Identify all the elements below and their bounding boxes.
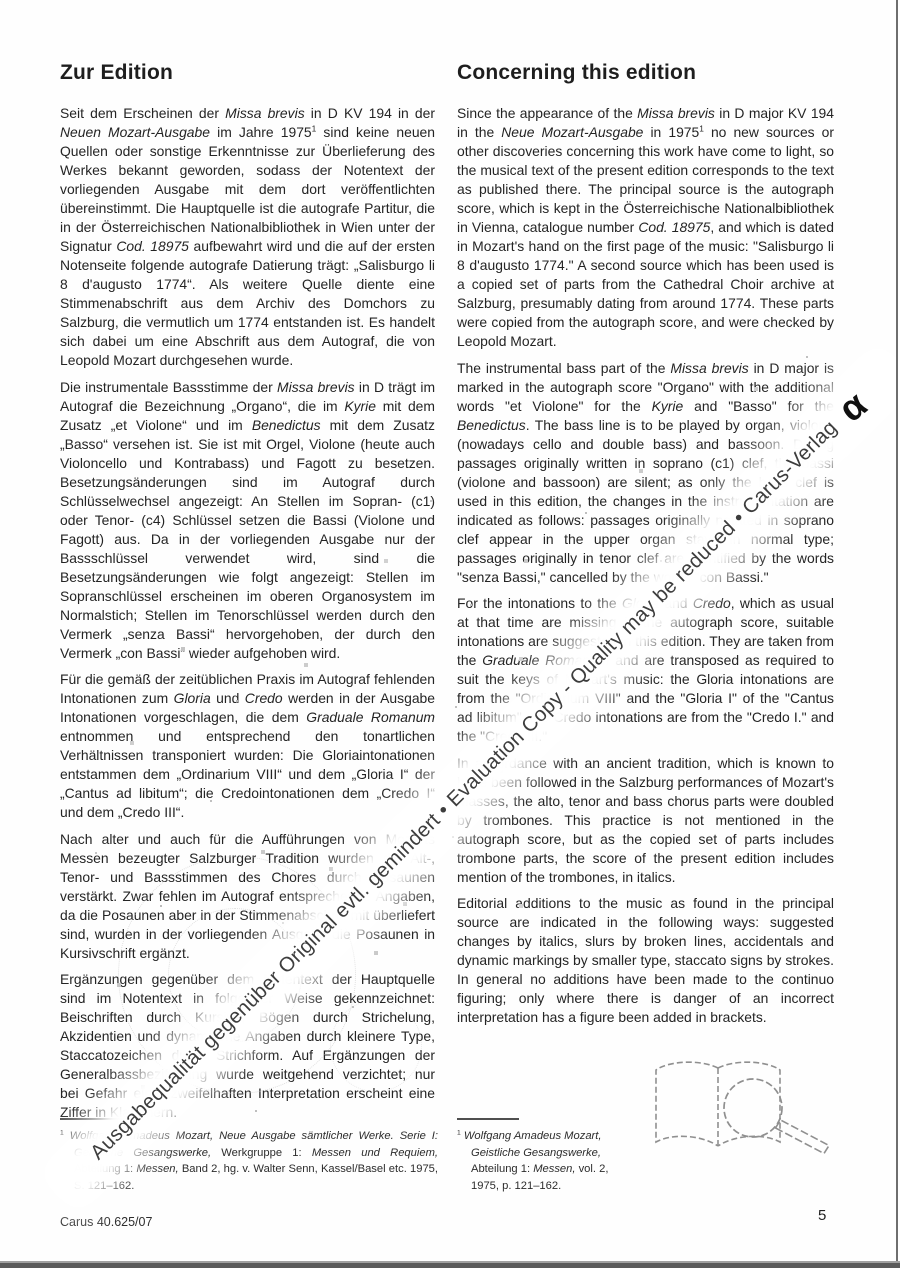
footnote-text-en: 1 Wolfgang Amadeus Mozart, Geistliche Ge…: [457, 1128, 635, 1194]
paragraph-en-2: The instrumental bass part of the Missa …: [457, 359, 834, 587]
footnote-rule: [60, 1118, 122, 1120]
ghost-watermark-circle: [118, 856, 356, 1094]
paragraph-de-1: Seit dem Erscheinen der Missa brevis in …: [60, 104, 435, 370]
paragraph-en-4: In accordance with an ancient tradition,…: [457, 754, 834, 887]
scan-noise-dots: [0, 0, 2, 2]
footnote-text-de: 1 Wolfgang Amadeus Mozart, Neue Ausgabe …: [60, 1128, 438, 1194]
catalog-number: Carus 40.625/07: [60, 1215, 152, 1229]
paragraph-en-5: Editorial additions to the music as foun…: [457, 894, 834, 1027]
paragraph-de-3: Für die gemäß der zeitüblichen Praxis im…: [60, 670, 435, 822]
book-magnifier-icon: [648, 1056, 843, 1166]
english-footnote: 1 Wolfgang Amadeus Mozart, Geistliche Ge…: [457, 1118, 635, 1194]
scanned-edition-preface-page: Zur Edition Seit dem Erscheinen der Miss…: [0, 0, 900, 1268]
ghost-watermark-circle: [330, 1000, 422, 1092]
paragraph-en-1: Since the appearance of the Missa brevis…: [457, 104, 834, 351]
english-column: Concerning this edition Since the appear…: [457, 60, 834, 1035]
footnote-rule: [457, 1118, 519, 1120]
carus-logo-icon: α: [831, 384, 875, 431]
scan-edge-right: [896, 0, 898, 1268]
page-number: 5: [818, 1207, 826, 1224]
english-heading: Concerning this edition: [457, 60, 834, 86]
german-footnote: 1 Wolfgang Amadeus Mozart, Neue Ausgabe …: [60, 1118, 438, 1194]
paragraph-en-3: For the intonations to the Gloria and Cr…: [457, 594, 834, 746]
scan-edge-bottom: [0, 1261, 900, 1268]
paragraph-de-2: Die instrumentale Bassstimme der Missa b…: [60, 378, 435, 663]
german-heading: Zur Edition: [60, 60, 435, 86]
